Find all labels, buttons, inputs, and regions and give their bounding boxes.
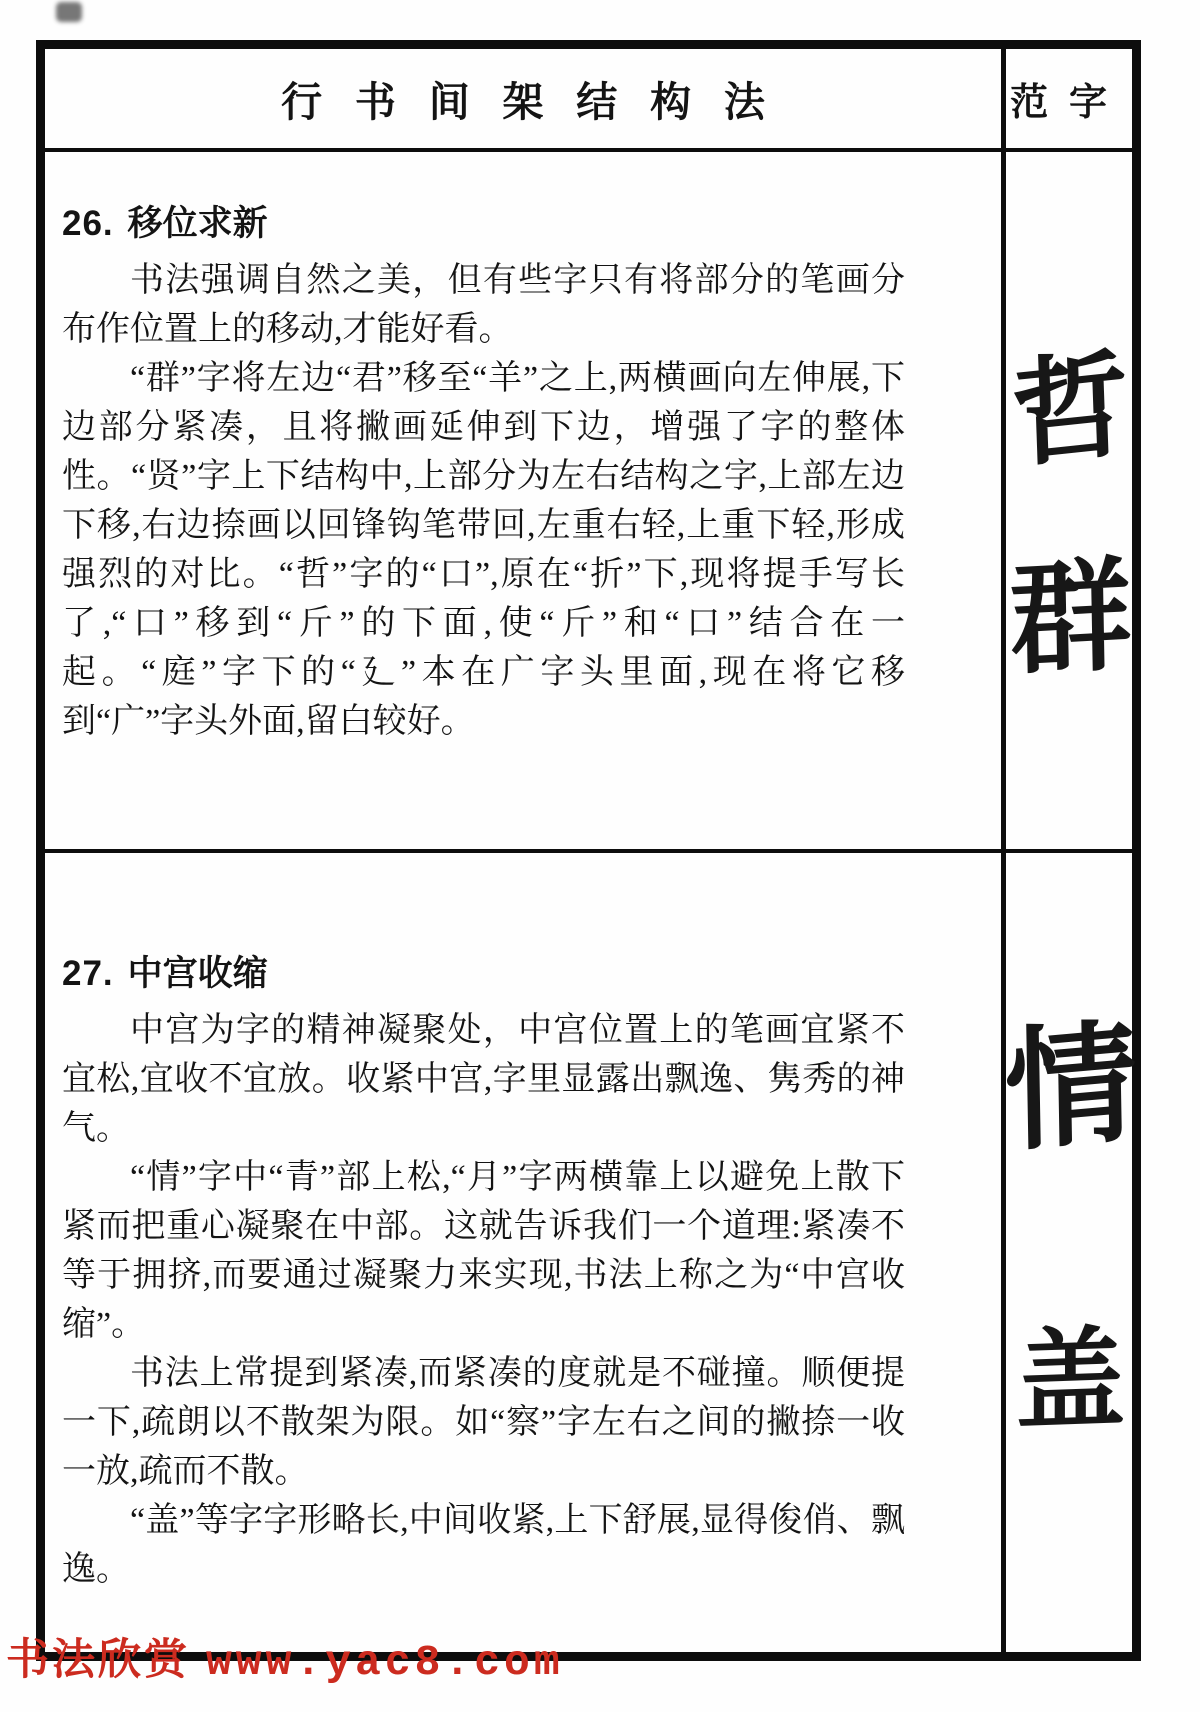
watermark-site-name: 书法欣赏 (6, 1637, 190, 1684)
page-title: 行书间架结构法 (281, 69, 798, 128)
section-26: 26.移位求新 书法强调自然之美，但有些字只有将部分的笔画分布作位置上的移动,才… (62, 196, 905, 746)
section-27-title: 27.中宫收缩 (62, 946, 905, 996)
section-27: 27.中宫收缩 中宫为字的精神凝聚处，中宫位置上的笔画宜紧不宜松,宜收不宜放。收… (62, 946, 905, 1594)
scan-artifact (56, 2, 82, 22)
section-26-title: 26.移位求新 (62, 196, 905, 246)
section-26-paragraph: 书法强调自然之美，但有些字只有将部分的笔画分布作位置上的移动,才能好看。 (62, 256, 905, 354)
section-27-paragraph: “盖”等字字形略长,中间收紧,上下舒展,显得俊俏、飘逸。 (62, 1496, 905, 1594)
header-title-cell: 行书间架结构法 (45, 49, 1001, 148)
model-character-calligraphy: 盖 (1005, 1323, 1136, 1438)
section-27-paragraph: “情”字中“青”部上松,“月”字两横靠上以避免上散下紧而把重心凝聚在中部。这就告… (62, 1153, 905, 1349)
model-column-label: 范字 (1010, 71, 1128, 126)
header-divider (36, 148, 1141, 152)
row-divider (36, 849, 1141, 853)
model-column-header: 范字 (1006, 49, 1132, 148)
section-27-paragraph: 中宫为字的精神凝聚处，中宫位置上的笔画宜紧不宜松,宜收不宜放。收紧中宫,字里显露… (62, 1006, 905, 1153)
section-27-paragraph: 书法上常提到紧凑,而紧凑的度就是不碰撞。顺便提一下,疏朗以不散架为限。如“察”字… (62, 1349, 905, 1496)
book-page: 行书间架结构法 范字 26.移位求新 书法强调自然之美，但有些字只有将部分的笔画… (0, 0, 1200, 1712)
model-character-calligraphy: 群 (1004, 553, 1137, 682)
section-27-title-text: 中宫收缩 (128, 954, 268, 993)
section-26-title-text: 移位求新 (128, 204, 268, 243)
site-watermark: 书法欣赏www.yac8.com (6, 1626, 564, 1687)
model-character-calligraphy: 哲 (1003, 345, 1137, 475)
section-26-paragraph: “群”字将左边“君”移至“羊”之上,两横画向左伸展,下边部分紧凑，且将撇画延伸到… (62, 354, 905, 746)
section-26-number: 26. (62, 204, 114, 243)
model-character-calligraphy: 情 (1004, 1016, 1137, 1160)
section-27-number: 27. (62, 954, 114, 993)
watermark-url: www.yac8.com (206, 1638, 564, 1687)
